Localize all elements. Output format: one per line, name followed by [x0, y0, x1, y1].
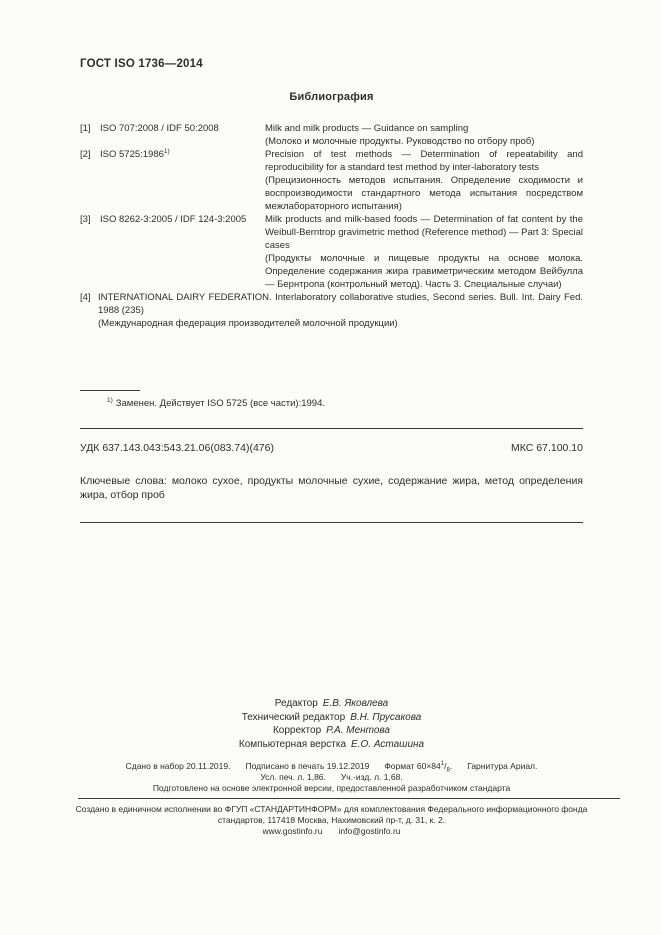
credit-role: Технический редактор [242, 712, 345, 723]
credit-row: Компьютерная версткаЕ.О. Асташина [80, 738, 583, 752]
bib-entry-1: [1] ISO 707:2008 / IDF 50:2008 Milk and … [80, 122, 583, 148]
credit-role: Компьютерная верстка [239, 739, 346, 750]
bib-entry-label: [1] [80, 122, 100, 148]
email-address: info@gostinfo.ru [338, 826, 400, 836]
bib-entry-label: [2] [80, 148, 100, 213]
keywords: Ключевые слова: молоко сухое, продукты м… [80, 474, 583, 502]
classification-row: УДК 637.143.043:543.21.06(083.74)(476) М… [80, 442, 583, 454]
typeset-date: Сдано в набор 20.11.2019. [126, 761, 231, 771]
bib-entry-title-en: Milk and milk products — Guidance on sam… [265, 122, 583, 135]
bib-entry-desc: Milk and milk products — Guidance on sam… [265, 122, 583, 148]
bibliography-list: [1] ISO 707:2008 / IDF 50:2008 Milk and … [80, 122, 583, 330]
horizontal-rule [78, 798, 620, 799]
bib-entry-text: INTERNATIONAL DAIRY FEDERATION. Interlab… [98, 291, 583, 317]
credit-name: Р.А. Ментова [326, 725, 390, 736]
bib-entry-title-en: Milk products and milk-based foods — Det… [265, 213, 583, 252]
bib-entry-ref: ISO 707:2008 / IDF 50:2008 [100, 122, 265, 148]
bib-entry-desc: INTERNATIONAL DAIRY FEDERATION. Interlab… [98, 291, 583, 330]
publisher-note: Создано в единичном исполнении во ФГУП «… [60, 804, 603, 826]
credits-block: РедакторЕ.В. Яковлева Технический редакт… [80, 697, 583, 751]
credit-name: Е.О. Асташина [351, 739, 424, 750]
bib-entry-title-ru: (Прецизионность методов испытания. Опред… [265, 174, 583, 213]
bib-entry-3: [3] ISO 8262-3:2005 / IDF 124-3:2005 Mil… [80, 213, 583, 291]
bib-entry-title-ru: (Молоко и молочные продукты. Руководство… [265, 135, 583, 148]
publisher-sheets: Уч.-изд. л. 1,68. [341, 772, 403, 782]
mks-code: МКС 67.100.10 [511, 442, 583, 454]
document-page: ГОСТ ISO 1736—2014 Библиография [1] ISO … [0, 0, 661, 935]
bib-entry-ref: ISO 5725:19861) [100, 148, 265, 213]
bib-entry-desc: Precision of test methods — Determinatio… [265, 148, 583, 213]
imprint-block: Сдано в набор 20.11.2019.Подписано в печ… [80, 761, 583, 794]
doc-code: ГОСТ ISO 1736—2014 [80, 58, 583, 70]
bib-entry-4: [4] INTERNATIONAL DAIRY FEDERATION. Inte… [80, 291, 583, 330]
print-sheets: Усл. печ. л. 1,86. [260, 772, 326, 782]
bib-entry-title-ru: (Продукты молочные и пищевые продукты на… [265, 252, 583, 291]
bib-entry-desc: Milk products and milk-based foods — Det… [265, 213, 583, 291]
udk-code: УДК 637.143.043:543.21.06(083.74)(476) [80, 442, 274, 454]
typeface: Гарнитура Ариал. [467, 761, 537, 771]
bib-entry-title-ru: (Международная федерация производителей … [98, 317, 583, 330]
horizontal-rule [80, 428, 583, 429]
credit-row: РедакторЕ.В. Яковлева [80, 697, 583, 711]
horizontal-rule [80, 522, 583, 523]
credit-role: Корректор [273, 725, 321, 736]
bib-entry-label: [3] [80, 213, 100, 291]
publisher-contacts: www.gostinfo.ruinfo@gostinfo.ru [80, 826, 583, 837]
credit-row: КорректорР.А. Ментова [80, 724, 583, 738]
bibliography-title: Библиография [80, 91, 583, 103]
credit-name: В.Н. Прусакова [350, 712, 421, 723]
print-date: Подписано в печать 19.12.2019 [245, 761, 369, 771]
ref-footnote-marker: 1) [164, 148, 170, 155]
bib-entry-label: [4] [80, 291, 98, 330]
footnote-text: Заменен. Действует ISO 5725 (все части):… [116, 398, 325, 409]
footnote-marker: 1) [107, 397, 113, 404]
imprint-line-2: Усл. печ. л. 1,86.Уч.-изд. л. 1,68. [80, 772, 583, 783]
credit-name: Е.В. Яковлева [323, 698, 388, 709]
bib-entry-ref: ISO 8262-3:2005 / IDF 124-3:2005 [100, 213, 265, 291]
credit-row: Технический редакторВ.Н. Прусакова [80, 711, 583, 725]
website-url: www.gostinfo.ru [262, 826, 322, 836]
footnote-separator [80, 390, 140, 391]
imprint-line-1: Сдано в набор 20.11.2019.Подписано в печ… [80, 761, 583, 772]
footnote: 1)Заменен. Действует ISO 5725 (все части… [80, 397, 583, 410]
imprint-line-3: Подготовлено на основе электронной верси… [80, 783, 583, 794]
bib-entry-title-en: Precision of test methods — Determinatio… [265, 148, 583, 174]
paper-format: Формат 60×841/8. [384, 761, 452, 771]
bib-entry-2: [2] ISO 5725:19861) Precision of test me… [80, 148, 583, 213]
publisher-block: Создано в единичном исполнении во ФГУП «… [80, 804, 583, 837]
credit-role: Редактор [275, 698, 318, 709]
